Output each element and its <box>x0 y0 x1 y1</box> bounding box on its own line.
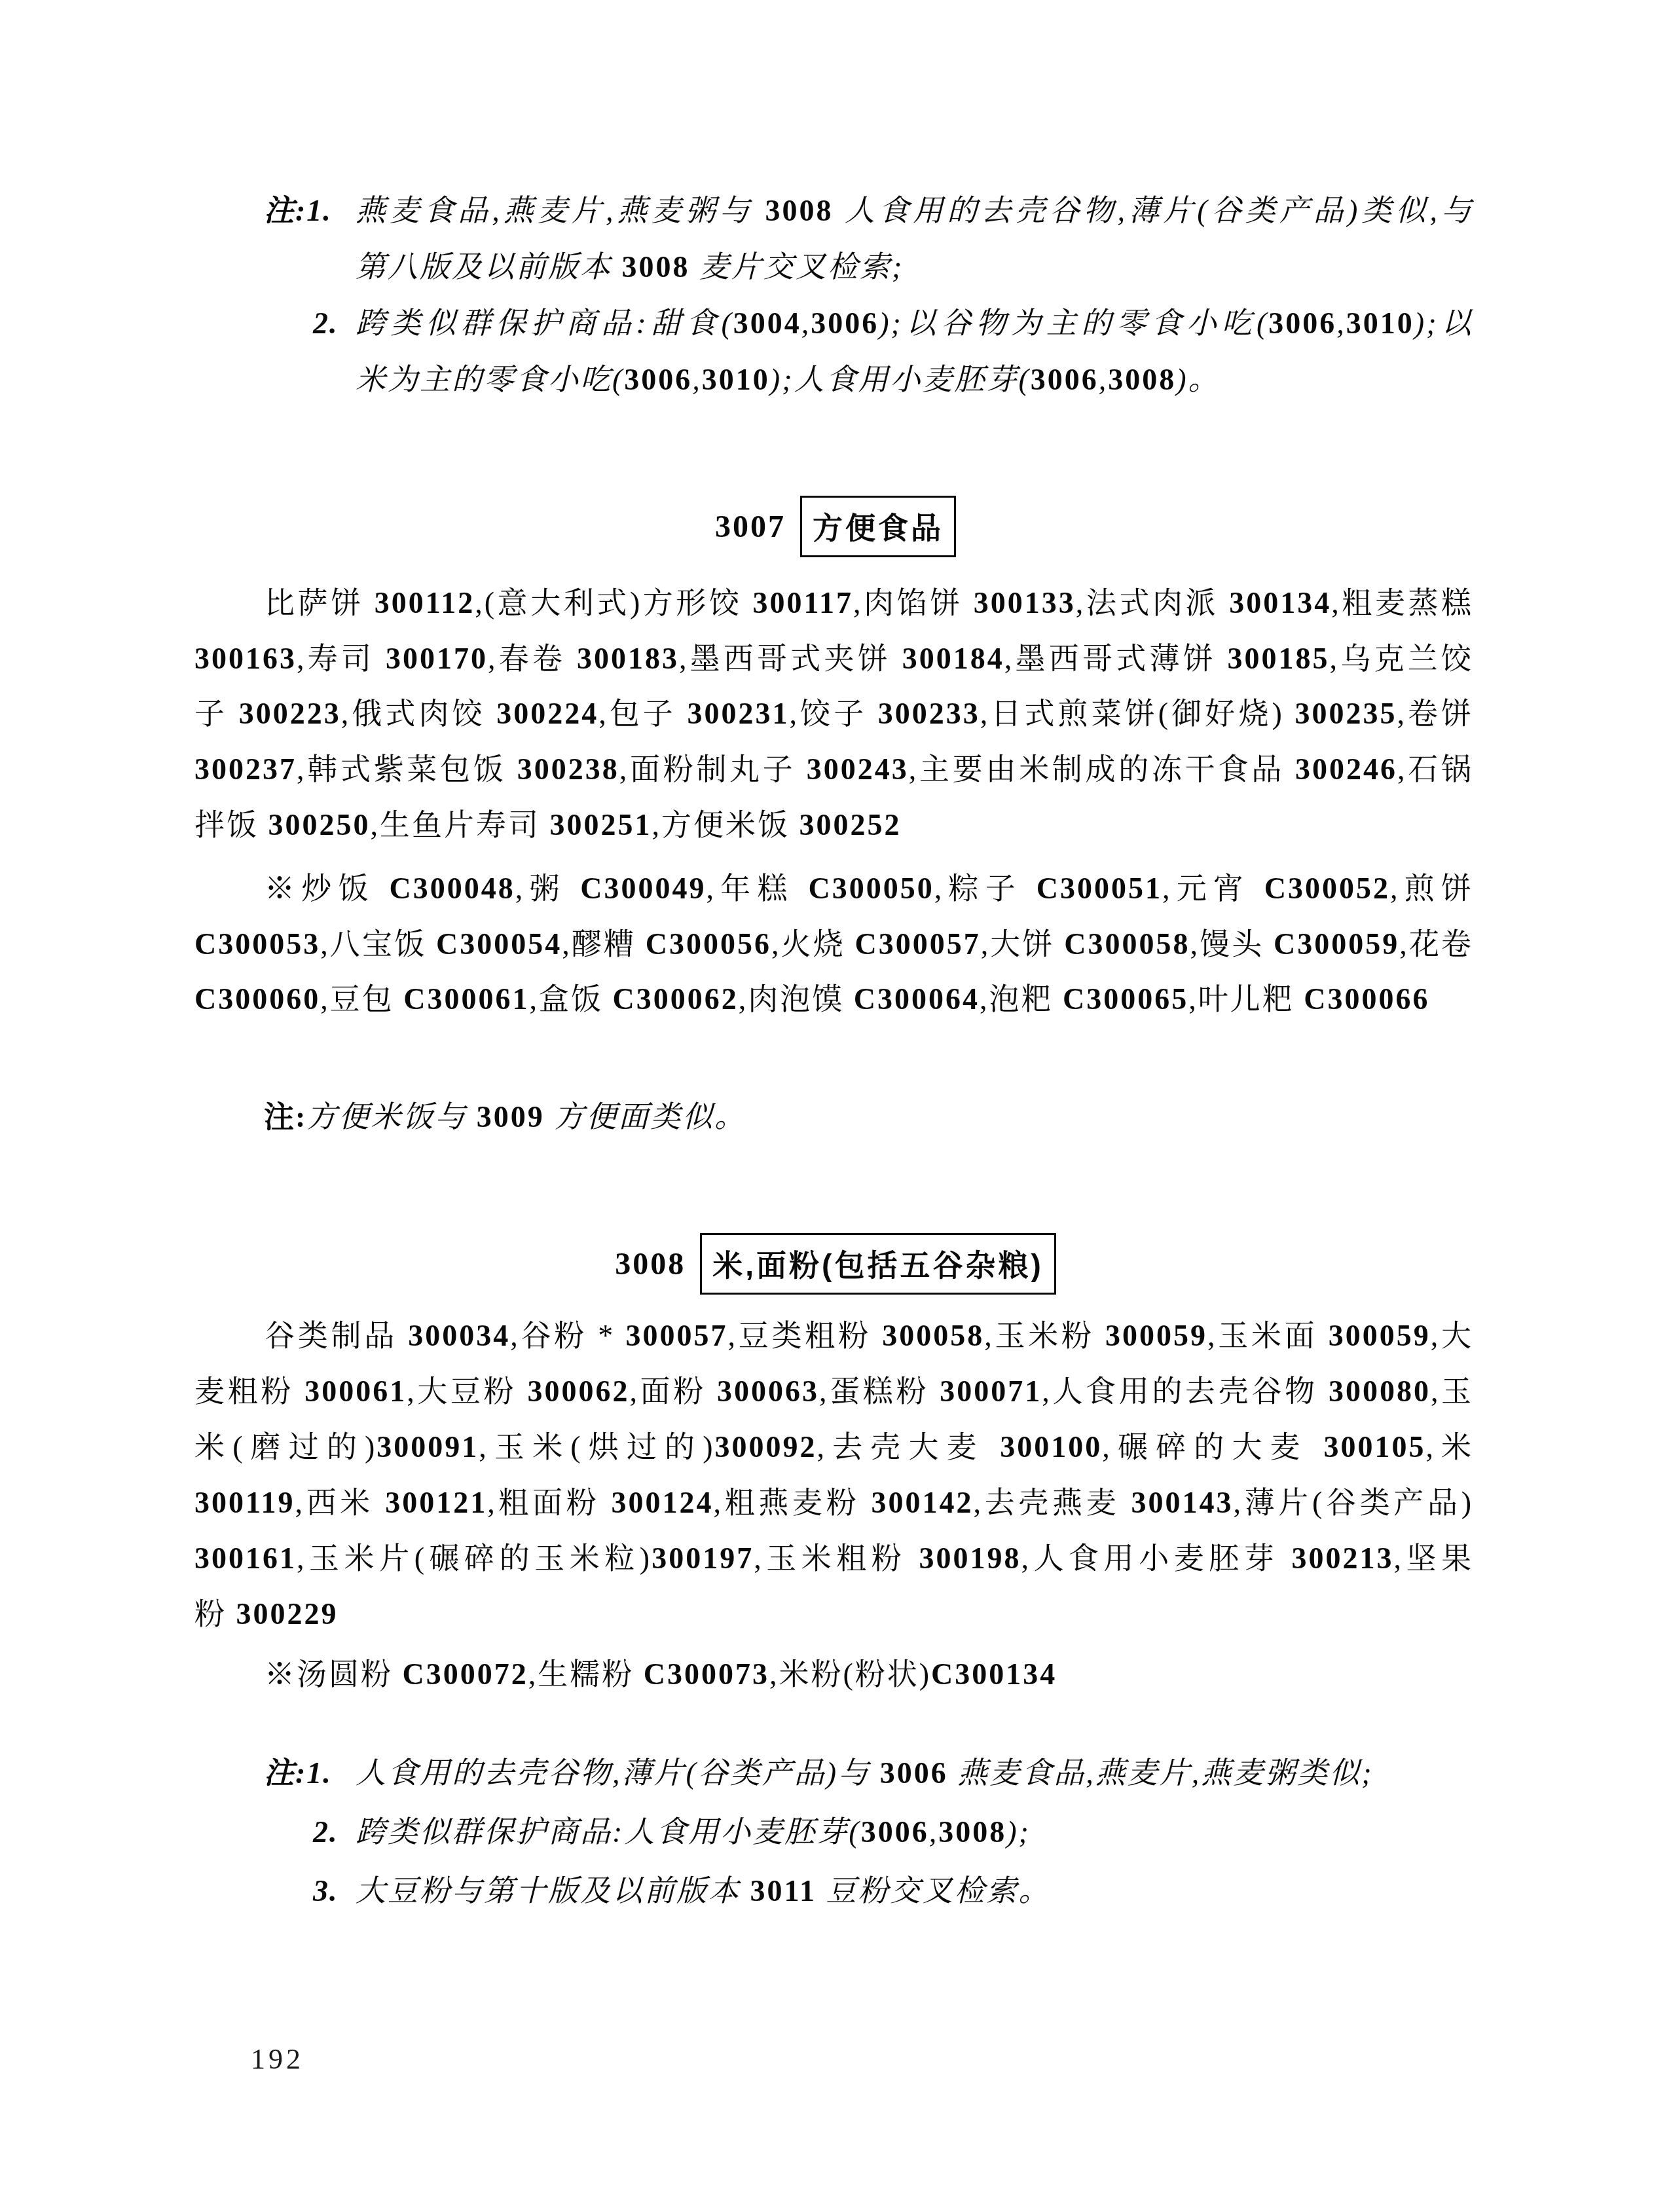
note-line: 2. 跨类似群保护商品:人食用小麦胚芽(3006,3008); <box>194 1811 1473 1853</box>
goods-line: 300119,西米 300121,粗面粉 300124,粗燕麦粉 300142,… <box>194 1482 1473 1524</box>
goods-line: 比萨饼 300112,(意大利式)方形饺 300117,肉馅饼 300133,法… <box>265 582 1473 624</box>
document-page: 注:1. 燕麦食品,燕麦片,燕麦粥与 3008 人食用的去壳谷物,薄片(谷类产品… <box>0 0 1671 2212</box>
note-text: 跨类似群保护商品:甜食(3004,3006);以谷物为主的零食小吃(3006,3… <box>356 303 1473 344</box>
note-text: 大豆粉与第十版及以前版本 3011 豆粉交叉检索。 <box>356 1870 1473 1912</box>
note-line: 米为主的零食小吃(3006,3010);人食用小麦胚芽(3006,3008)。 <box>356 359 1473 401</box>
goods-line: ※炒饭 C300048,粥 C300049,年糕 C300050,粽子 C300… <box>265 868 1473 910</box>
goods-line: C300060,豆包 C300061,盒饭 C300062,肉泡馍 C30006… <box>194 978 1473 1020</box>
note-text: 人食用的去壳谷物,薄片(谷类产品)与 3006 燕麦食品,燕麦片,燕麦粥类似; <box>356 1752 1473 1794</box>
note-item-number: 2. <box>313 1811 339 1853</box>
goods-line: 300163,寿司 300170,春卷 300183,墨西哥式夹饼 300184… <box>194 638 1473 680</box>
note-line: 注:1. 燕麦食品,燕麦片,燕麦粥与 3008 人食用的去壳谷物,薄片(谷类产品… <box>194 190 1473 232</box>
section-code: 3008 <box>615 1246 686 1282</box>
note-line: 2. 跨类似群保护商品:甜食(3004,3006);以谷物为主的零食小吃(300… <box>194 303 1473 344</box>
note-line: 注:方便米饭与 3009 方便面类似。 <box>264 1096 746 1138</box>
note-line: 3. 大豆粉与第十版及以前版本 3011 豆粉交叉检索。 <box>194 1870 1473 1912</box>
note-marker: 注:1. <box>264 190 332 232</box>
goods-line: 粉 300229 <box>194 1593 1473 1635</box>
section-title-box: 米,面粉(包括五谷杂粮) <box>700 1233 1056 1295</box>
section-3007-heading: 3007 方便食品 <box>0 492 1671 561</box>
section-code: 3007 <box>715 509 786 545</box>
note-marker: 注: <box>264 1100 306 1134</box>
note-text: 跨类似群保护商品:人食用小麦胚芽(3006,3008); <box>356 1811 1473 1853</box>
goods-line: 麦粗粉 300061,大豆粉 300062,面粉 300063,蛋糕粉 3000… <box>194 1371 1473 1412</box>
goods-line: 300237,韩式紫菜包饭 300238,面粉制丸子 300243,主要由米制成… <box>194 748 1473 790</box>
goods-line: ※汤圆粉 C300072,生糯粉 C300073,米粉(粉状)C300134 <box>265 1653 1473 1695</box>
note-line: 注:1. 人食用的去壳谷物,薄片(谷类产品)与 3006 燕麦食品,燕麦片,燕麦… <box>194 1752 1473 1794</box>
goods-line: 米(磨过的)300091,玉米(烘过的)300092,去壳大麦 300100,碾… <box>194 1426 1473 1468</box>
goods-line: 拌饭 300250,生鱼片寿司 300251,方便米饭 300252 <box>194 804 1473 846</box>
section-title-box: 方便食品 <box>800 496 956 557</box>
note-item-number: 2. <box>313 303 339 344</box>
goods-line: 谷类制品 300034,谷粉 * 300057,豆类粗粉 300058,玉米粉 … <box>265 1315 1473 1357</box>
note-line: 第八版及以前版本 3008 麦片交叉检索; <box>356 246 1473 288</box>
goods-line: 子 300223,俄式肉饺 300224,包子 300231,饺子 300233… <box>194 693 1473 735</box>
goods-line: C300053,八宝饭 C300054,醪糟 C300056,火烧 C30005… <box>194 923 1473 965</box>
goods-line: 300161,玉米片(碾碎的玉米粒)300197,玉米粗粉 300198,人食用… <box>194 1538 1473 1579</box>
note-text: 方便米饭与 3009 方便面类似。 <box>306 1100 746 1134</box>
page-number: 192 <box>251 2038 304 2080</box>
note-marker: 注:1. <box>264 1752 332 1794</box>
note-text: 燕麦食品,燕麦片,燕麦粥与 3008 人食用的去壳谷物,薄片(谷类产品)类似,与 <box>356 190 1473 232</box>
note-item-number: 3. <box>313 1870 339 1912</box>
section-3008-heading: 3008 米,面粉(包括五谷杂粮) <box>0 1230 1671 1298</box>
